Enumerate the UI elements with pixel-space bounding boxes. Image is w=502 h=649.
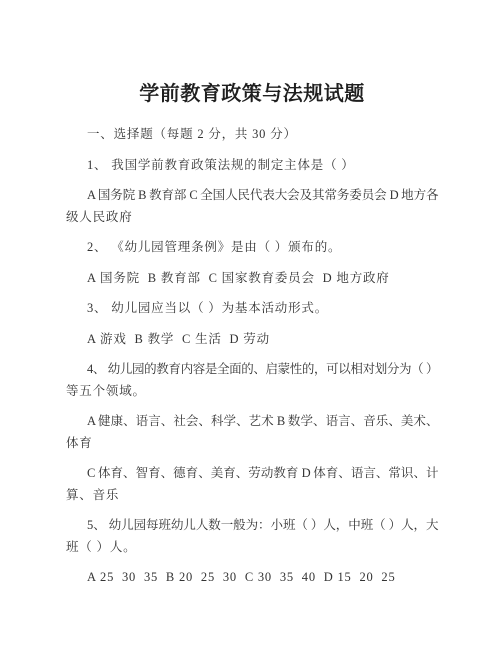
text-line: 体育 — [66, 433, 438, 455]
text-line: 4、 幼儿园的教育内容是全面的、启蒙性的，可以相对划分为（ ） — [66, 359, 438, 381]
question-4: 4、 幼儿园的教育内容是全面的、启蒙性的，可以相对划分为（ ）等五个领域。 — [66, 359, 438, 402]
text-line: 班（ ）人。 — [66, 537, 438, 559]
text-line: C 体育、智育、德育、美育、劳动教育 D 体育、语言、常识、计 — [66, 463, 438, 485]
section-heading: 一、选择题（每题 2 分，共 30 分） — [66, 124, 438, 146]
text-line: 级人民政府 — [66, 207, 438, 229]
document-body: 一、选择题（每题 2 分，共 30 分）1、 我国学前教育政策法规的制定主体是（… — [66, 124, 438, 589]
question-4-options-ab: A 健康、语言、社会、科学、艺术 B 数学、语言、音乐、美术、体育 — [66, 411, 438, 454]
text-line: 一、选择题（每题 2 分，共 30 分） — [66, 124, 438, 146]
text-line: 算、音乐 — [66, 485, 438, 507]
text-line: A 国务院 B 教育部 C 全国人民代表大会及其常务委员会 D 地方各 — [66, 185, 438, 207]
question-5-options: A 25 30 35 B 20 25 30 C 30 35 40 D 15 20… — [66, 567, 438, 589]
question-3-options: A 游戏 B 教学 C 生活 D 劳动 — [66, 329, 438, 351]
text-line: A 25 30 35 B 20 25 30 C 30 35 40 D 15 20… — [66, 567, 438, 589]
text-line: 等五个领域。 — [66, 381, 438, 403]
question-4-options-cd: C 体育、智育、德育、美育、劳动教育 D 体育、语言、常识、计算、音乐 — [66, 463, 438, 506]
text-line: 3、 幼儿园应当以（ ）为基本活动形式。 — [66, 298, 438, 320]
text-line: A 健康、语言、社会、科学、艺术 B 数学、语言、音乐、美术、 — [66, 411, 438, 433]
text-line: 2、 《幼儿园管理条例》是由（ ）颁布的。 — [66, 237, 438, 259]
text-line: A 游戏 B 教学 C 生活 D 劳动 — [66, 329, 438, 351]
text-line: 5、 幼儿园每班幼儿人数一般为：小班（ ）人，中班（ ）人，大 — [66, 515, 438, 537]
question-2-options: A 国务院 B 教育部 C 国家教育委员会 D 地方政府 — [66, 268, 438, 290]
document-page: 学前教育政策与法规试题 一、选择题（每题 2 分，共 30 分）1、 我国学前教… — [0, 0, 502, 649]
document-title: 学前教育政策与法规试题 — [66, 80, 438, 108]
text-line: 1、 我国学前教育政策法规的制定主体是（ ） — [66, 155, 438, 177]
text-line: A 国务院 B 教育部 C 国家教育委员会 D 地方政府 — [66, 268, 438, 290]
question-5: 5、 幼儿园每班幼儿人数一般为：小班（ ）人，中班（ ）人，大班（ ）人。 — [66, 515, 438, 558]
question-1-options: A 国务院 B 教育部 C 全国人民代表大会及其常务委员会 D 地方各级人民政府 — [66, 185, 438, 228]
question-1: 1、 我国学前教育政策法规的制定主体是（ ） — [66, 155, 438, 177]
question-3: 3、 幼儿园应当以（ ）为基本活动形式。 — [66, 298, 438, 320]
question-2: 2、 《幼儿园管理条例》是由（ ）颁布的。 — [66, 237, 438, 259]
